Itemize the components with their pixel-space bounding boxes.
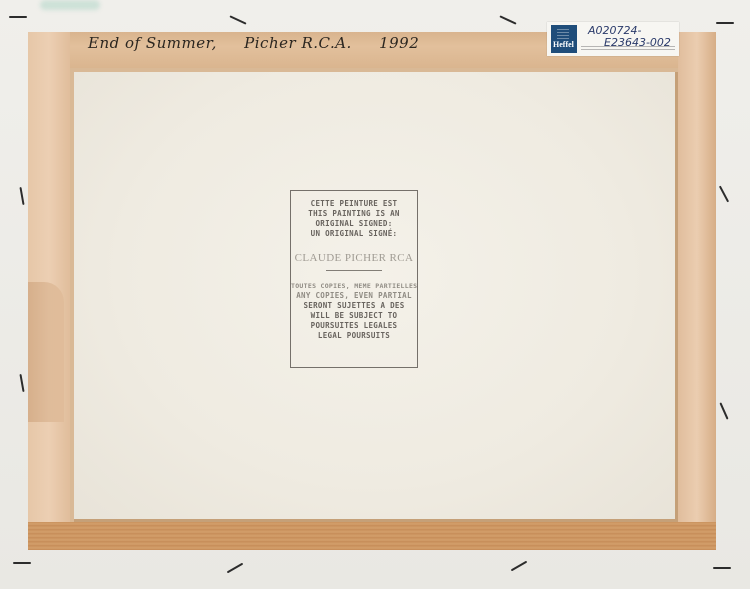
stamp-line: ORIGINAL SIGNED: [291,219,417,229]
authenticity-stamp: CETTE PEINTURE EST THIS PAINTING IS AN O… [290,190,418,368]
wood-stain [28,282,64,422]
stamp-divider [326,270,382,271]
inscription-signature: Picher R.C.A. [244,34,352,52]
paint-smudge [40,0,100,10]
staple [13,562,31,564]
stamp-line: CETTE PEINTURE EST [291,199,417,209]
stretcher-bar-bottom [28,522,716,550]
heffel-brand: Heffel [553,40,574,49]
stretcher-bar-right [678,32,716,550]
handwritten-inscription: End of Summer, Picher R.C.A. 1992 [88,34,441,52]
stamp-line: POURSUITES LEGALES [291,321,417,331]
stamp-line: WILL BE SUBJECT TO [291,311,417,321]
stamp-artist-name: CLAUDE PICHER RCA [291,253,417,263]
stamp-line: UN ORIGINAL SIGNÉ: [291,229,417,239]
staple [716,22,734,24]
stamp-line: ANY COPIES, EVEN PARTIAL [291,291,417,301]
stamp-line: TOUTES COPIES, MEME PARTIELLES [291,281,417,291]
stamp-line: THIS PAINTING IS AN [291,209,417,219]
heffel-logo-icon: Heffel [551,25,577,53]
staple [9,16,27,18]
stamp-line: LEGAL POURSUITS [291,331,417,341]
lot-code-line2: E23643-002 [604,36,671,49]
inscription-year: 1992 [379,34,419,52]
stamp-line: SERONT SUJETTES A DES [291,301,417,311]
inscription-title: End of Summer, [88,34,217,52]
stretcher-bar-left [28,32,70,550]
staple [713,567,731,569]
